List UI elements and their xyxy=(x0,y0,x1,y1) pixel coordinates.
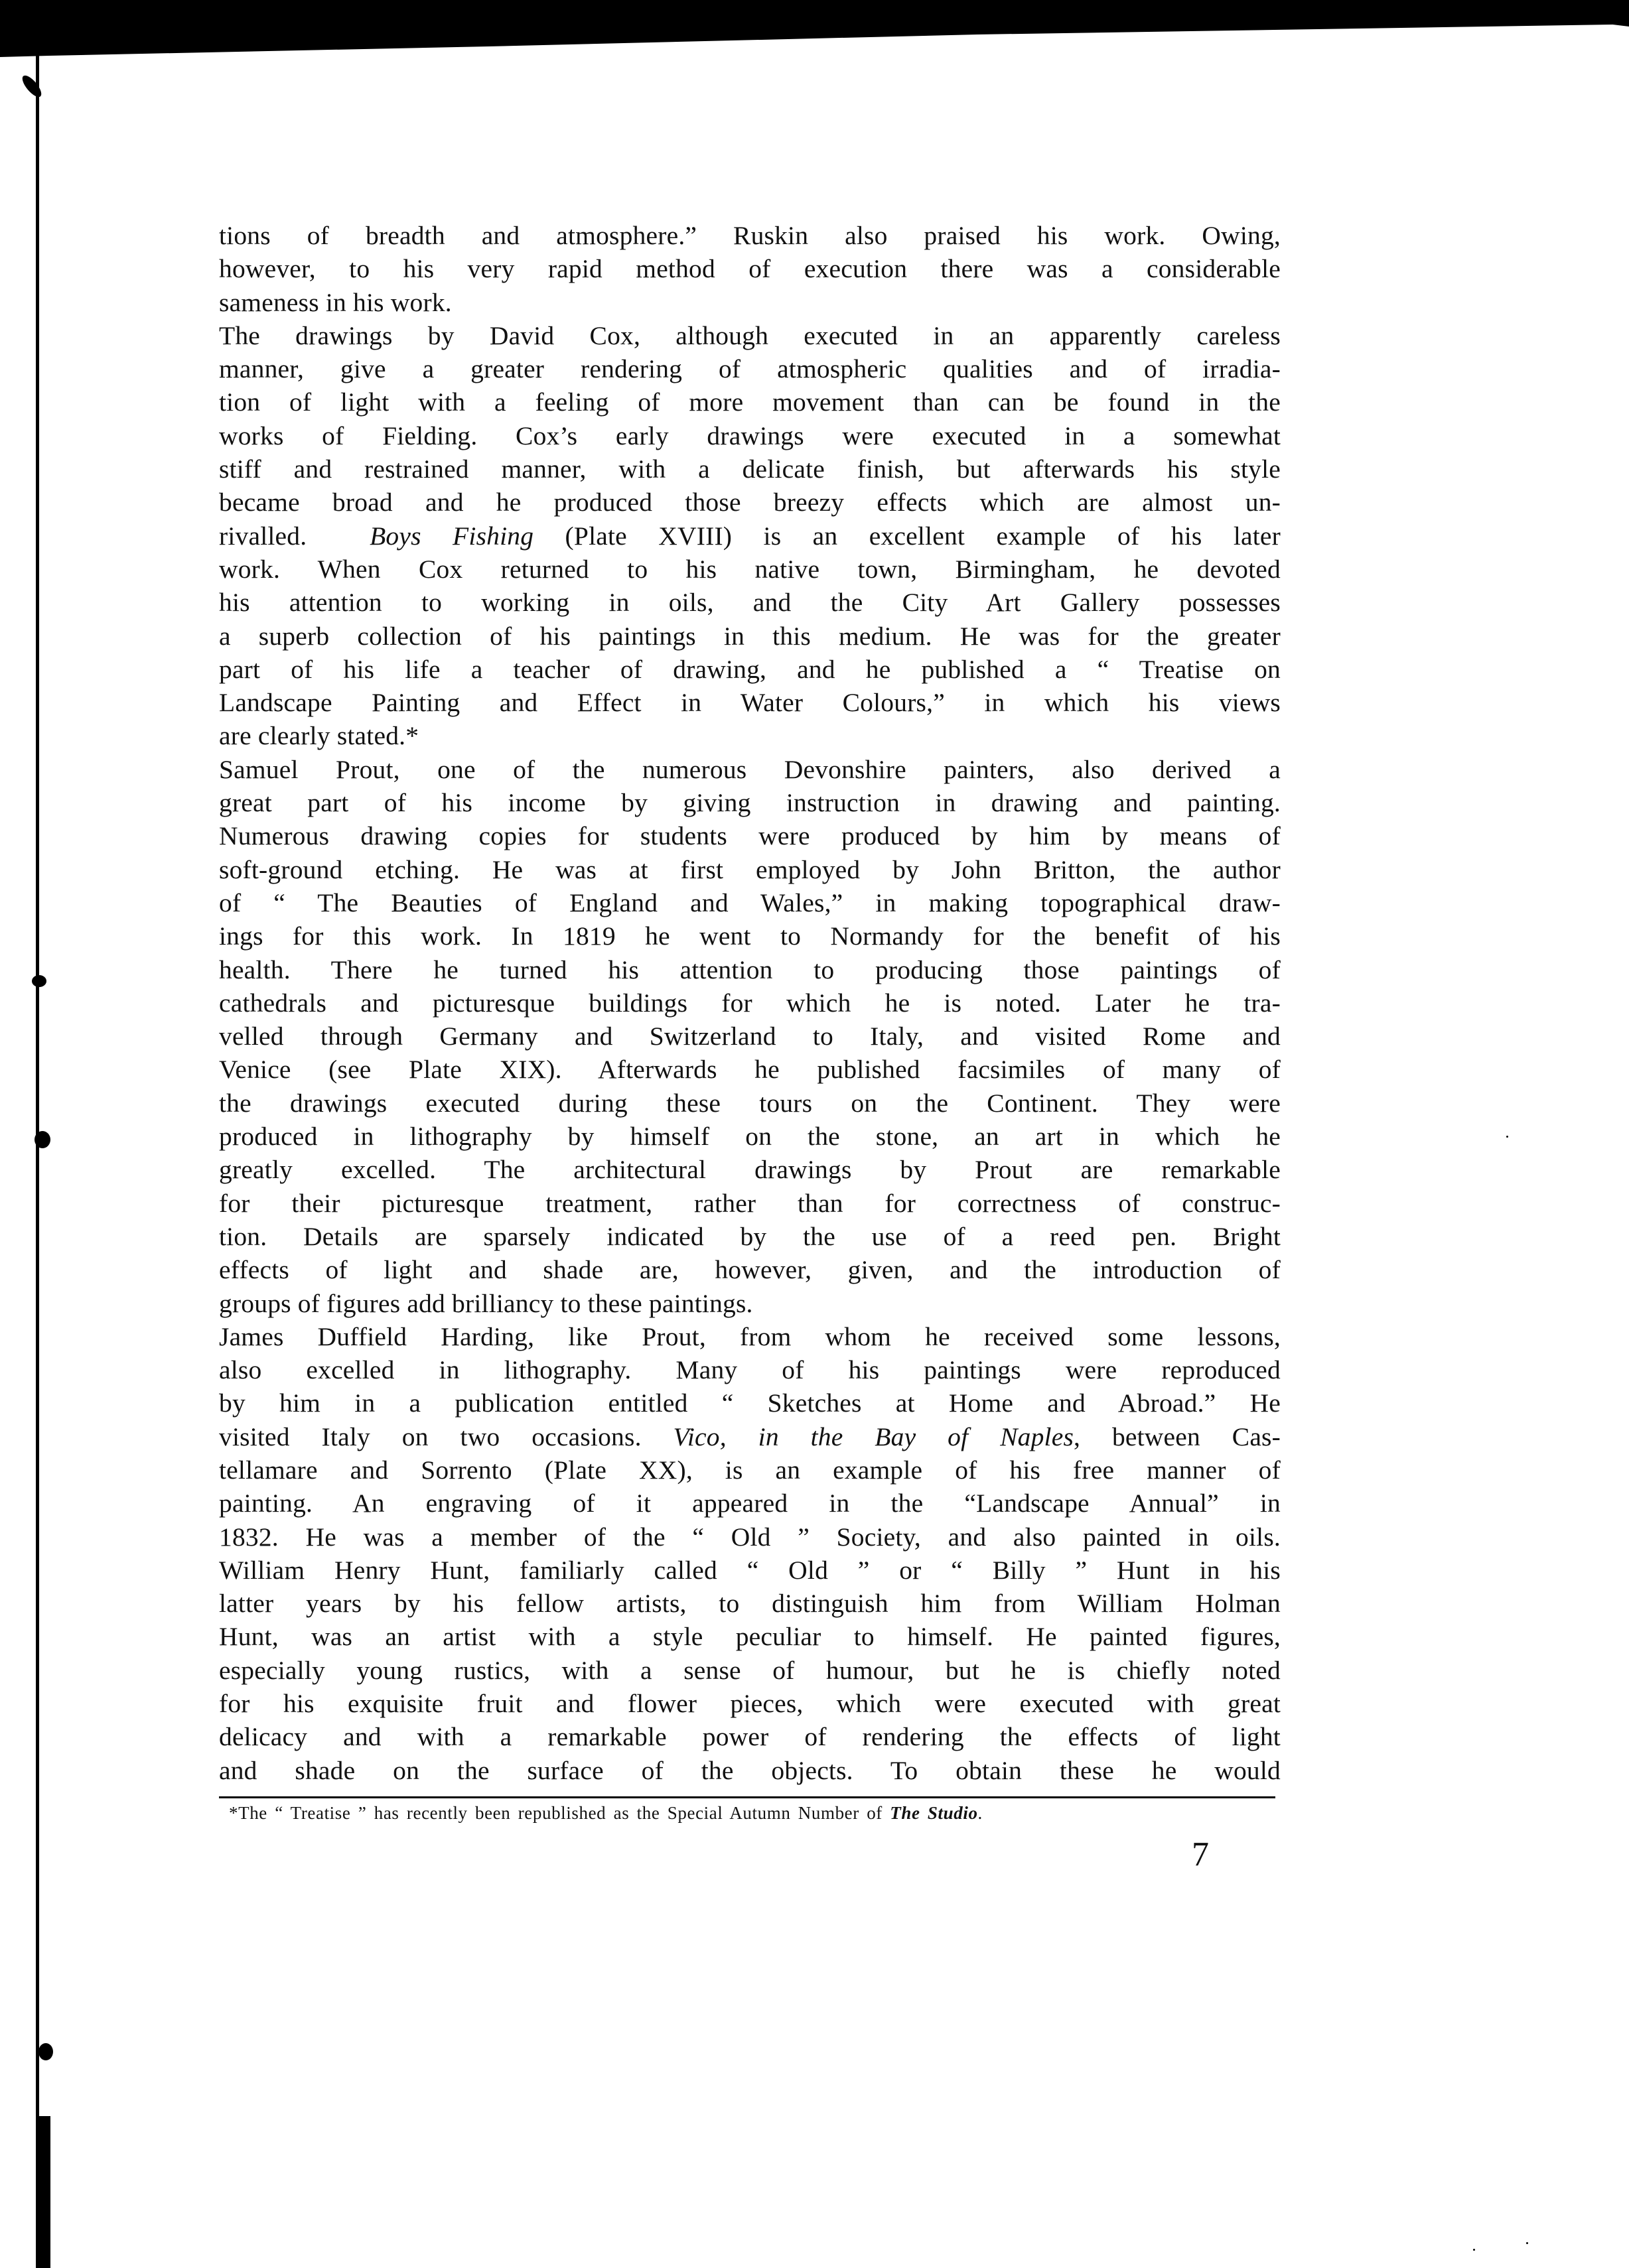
text-line: by him in a publication entitled “ Sketc… xyxy=(219,1386,1281,1420)
text-line: sameness in his work. xyxy=(219,286,1281,319)
text-segment: rivalled. xyxy=(219,521,370,551)
text-line: great part of his income by giving instr… xyxy=(219,786,1281,819)
text-line: soft-ground etching. He was at first emp… xyxy=(219,853,1281,886)
text-line: health. There he turned his attention to… xyxy=(219,953,1281,986)
page-number: 7 xyxy=(1192,1836,1209,1873)
text-line: and shade on the surface of the objects.… xyxy=(219,1754,1281,1787)
text-line: James Duffield Harding, like Prout, from… xyxy=(219,1320,1281,1353)
text-line: for his exquisite fruit and flower piece… xyxy=(219,1687,1281,1720)
scan-blemish xyxy=(35,1131,50,1148)
text-line: however, to his very rapid method of exe… xyxy=(219,252,1281,285)
footnote-rule xyxy=(219,1796,1275,1798)
text-line: effects of light and shade are, however,… xyxy=(219,1253,1281,1286)
scan-speck xyxy=(1526,2242,1528,2244)
text-line: Numerous drawing copies for students wer… xyxy=(219,819,1281,852)
text-line: ings for this work. In 1819 he went to N… xyxy=(219,919,1281,953)
scan-top-border xyxy=(0,0,1629,60)
text-line: Samuel Prout, one of the numerous Devons… xyxy=(219,753,1281,786)
text-line: latter years by his fellow artists, to d… xyxy=(219,1587,1281,1620)
scan-speck xyxy=(1506,1136,1508,1138)
artwork-title: Boys Fishing xyxy=(370,521,533,551)
artwork-title: Vico, in the Bay of Naples xyxy=(673,1422,1074,1451)
text-line: Venice (see Plate XIX). Afterwards he pu… xyxy=(219,1053,1281,1086)
text-line: tion. Details are sparsely indicated by … xyxy=(219,1220,1281,1253)
scan-binding-edge xyxy=(36,53,39,2268)
text-line: his attention to working in oils, and th… xyxy=(219,586,1281,619)
text-line: cathedrals and picturesque buildings for… xyxy=(219,986,1281,1020)
text-line: Hunt, was an artist with a style peculia… xyxy=(219,1620,1281,1653)
text-line: of “ The Beauties of England and Wales,”… xyxy=(219,886,1281,919)
text-segment: (Plate XVIII) is an excellent example of… xyxy=(533,521,1281,551)
text-line: became broad and he produced those breez… xyxy=(219,486,1281,519)
text-line: groups of figures add brilliancy to thes… xyxy=(219,1287,1281,1320)
text-line: also excelled in lithography. Many of hi… xyxy=(219,1353,1281,1386)
text-segment: , between Cas- xyxy=(1074,1422,1281,1451)
text-line: the drawings executed during these tours… xyxy=(219,1087,1281,1120)
scan-binding-edge-bottom xyxy=(38,2116,50,2268)
text-line: for their picturesque treatment, rather … xyxy=(219,1187,1281,1220)
text-line: work. When Cox returned to his native to… xyxy=(219,553,1281,586)
scan-speck xyxy=(1473,2249,1475,2251)
text-line: part of his life a teacher of drawing, a… xyxy=(219,653,1281,686)
text-line: painting. An engraving of it appeared in… xyxy=(219,1487,1281,1520)
text-line: produced in lithography by himself on th… xyxy=(219,1120,1281,1153)
text-line: Landscape Painting and Effect in Water C… xyxy=(219,686,1281,719)
footnote-end: . xyxy=(978,1803,983,1823)
text-line: visited Italy on two occasions. Vico, in… xyxy=(219,1420,1281,1453)
scan-blemish xyxy=(38,2043,53,2060)
scan-blemish xyxy=(32,975,46,987)
text-line: are clearly stated.* xyxy=(219,719,1281,752)
text-line: works of Fielding. Cox’s early drawings … xyxy=(219,419,1281,452)
text-line: manner, give a greater rendering of atmo… xyxy=(219,352,1281,385)
footnote-publication-title: The Studio xyxy=(890,1803,977,1823)
text-line: especially young rustics, with a sense o… xyxy=(219,1654,1281,1687)
text-line: delicacy and with a remarkable power of … xyxy=(219,1720,1281,1753)
footnote-text: *The “ Treatise ” has recently been repu… xyxy=(229,1803,890,1823)
text-line: rivalled. Boys Fishing (Plate XVIII) is … xyxy=(219,519,1281,553)
body-text: tions of breadth and atmosphere.” Ruskin… xyxy=(219,219,1281,1787)
text-line: greatly excelled. The architectural draw… xyxy=(219,1153,1281,1186)
text-line: a superb collection of his paintings in … xyxy=(219,620,1281,653)
text-line: stiff and restrained manner, with a deli… xyxy=(219,452,1281,486)
text-segment: visited Italy on two occasions. xyxy=(219,1422,673,1451)
text-line: William Henry Hunt, familiarly called “ … xyxy=(219,1554,1281,1587)
text-line: tellamare and Sorrento (Plate XX), is an… xyxy=(219,1453,1281,1487)
text-line: The drawings by David Cox, although exec… xyxy=(219,319,1281,352)
text-line: tion of light with a feeling of more mov… xyxy=(219,385,1281,419)
text-line: tions of breadth and atmosphere.” Ruskin… xyxy=(219,219,1281,252)
text-line: velled through Germany and Switzerland t… xyxy=(219,1020,1281,1053)
text-line: 1832. He was a member of the “ Old ” Soc… xyxy=(219,1520,1281,1554)
scan-blemish xyxy=(19,73,44,100)
footnote: *The “ Treatise ” has recently been repu… xyxy=(229,1802,1264,1824)
